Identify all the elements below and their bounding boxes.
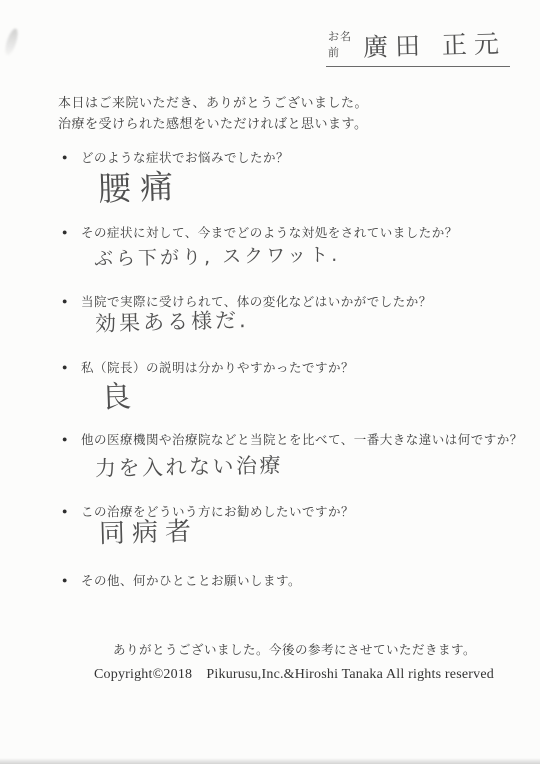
closing-text: ありがとうございました。今後の参考にさせていただきます。 bbox=[113, 640, 476, 658]
scan-edge-shadow bbox=[0, 758, 540, 764]
handwritten-answer-biggest-difference: 力を入れない治療 bbox=[95, 449, 283, 482]
name-label: お名前 bbox=[328, 28, 353, 63]
scan-smudge-artifact bbox=[3, 27, 20, 56]
bullet-icon: ● bbox=[62, 506, 68, 516]
handwritten-answer-recommend-to: 同病者 bbox=[99, 511, 199, 551]
intro-line-2: 治療を受けられた感想をいただければと思います。 bbox=[58, 113, 368, 134]
name-field: お名前 廣田 正元 bbox=[326, 28, 510, 67]
intro-text: 本日はご来院いただき、ありがとうございました。 治療を受けられた感想をいただけれ… bbox=[58, 92, 368, 134]
bullet-icon: ● bbox=[62, 434, 68, 444]
question-biggest-difference: ● 他の医療機関や治療院などと当院とを比べて、一番大きな違いは何ですか？ bbox=[62, 430, 523, 448]
bullet-icon: ● bbox=[62, 362, 68, 372]
intro-line-1: 本日はご来院いただき、ありがとうございました。 bbox=[58, 92, 368, 113]
bullet-icon: ● bbox=[62, 227, 68, 237]
bullet-icon: ● bbox=[62, 152, 68, 162]
bullet-icon: ● bbox=[62, 575, 68, 585]
handwritten-answer-explanation-clarity: 良 bbox=[100, 371, 134, 416]
handwritten-answer-symptoms: 腰痛 bbox=[97, 161, 183, 211]
question-text: その症状に対して、今までどのような対処をされていましたか？ bbox=[81, 223, 458, 241]
question-previous-remedies: ● その症状に対して、今までどのような対処をされていましたか？ bbox=[62, 223, 458, 241]
scanned-questionnaire-page: お名前 廣田 正元 本日はご来院いただき、ありがとうございました。 治療を受けら… bbox=[0, 0, 540, 764]
handwritten-answer-body-change: 効果ある様だ. bbox=[95, 304, 249, 338]
question-other-comments: ● その他、何かひとことお願いします。 bbox=[62, 571, 301, 589]
copyright-text: Copyright©2018 Pikurusu,Inc.&Hiroshi Tan… bbox=[94, 663, 494, 683]
question-text: その他、何かひとことお願いします。 bbox=[81, 571, 301, 589]
handwritten-answer-previous-remedies: ぶら下がり, スクワット. bbox=[94, 240, 341, 271]
bullet-icon: ● bbox=[62, 296, 68, 306]
name-handwritten-value: 廣田 正元 bbox=[363, 26, 507, 65]
question-text: 他の医療機関や治療院などと当院とを比べて、一番大きな違いは何ですか？ bbox=[81, 430, 523, 448]
